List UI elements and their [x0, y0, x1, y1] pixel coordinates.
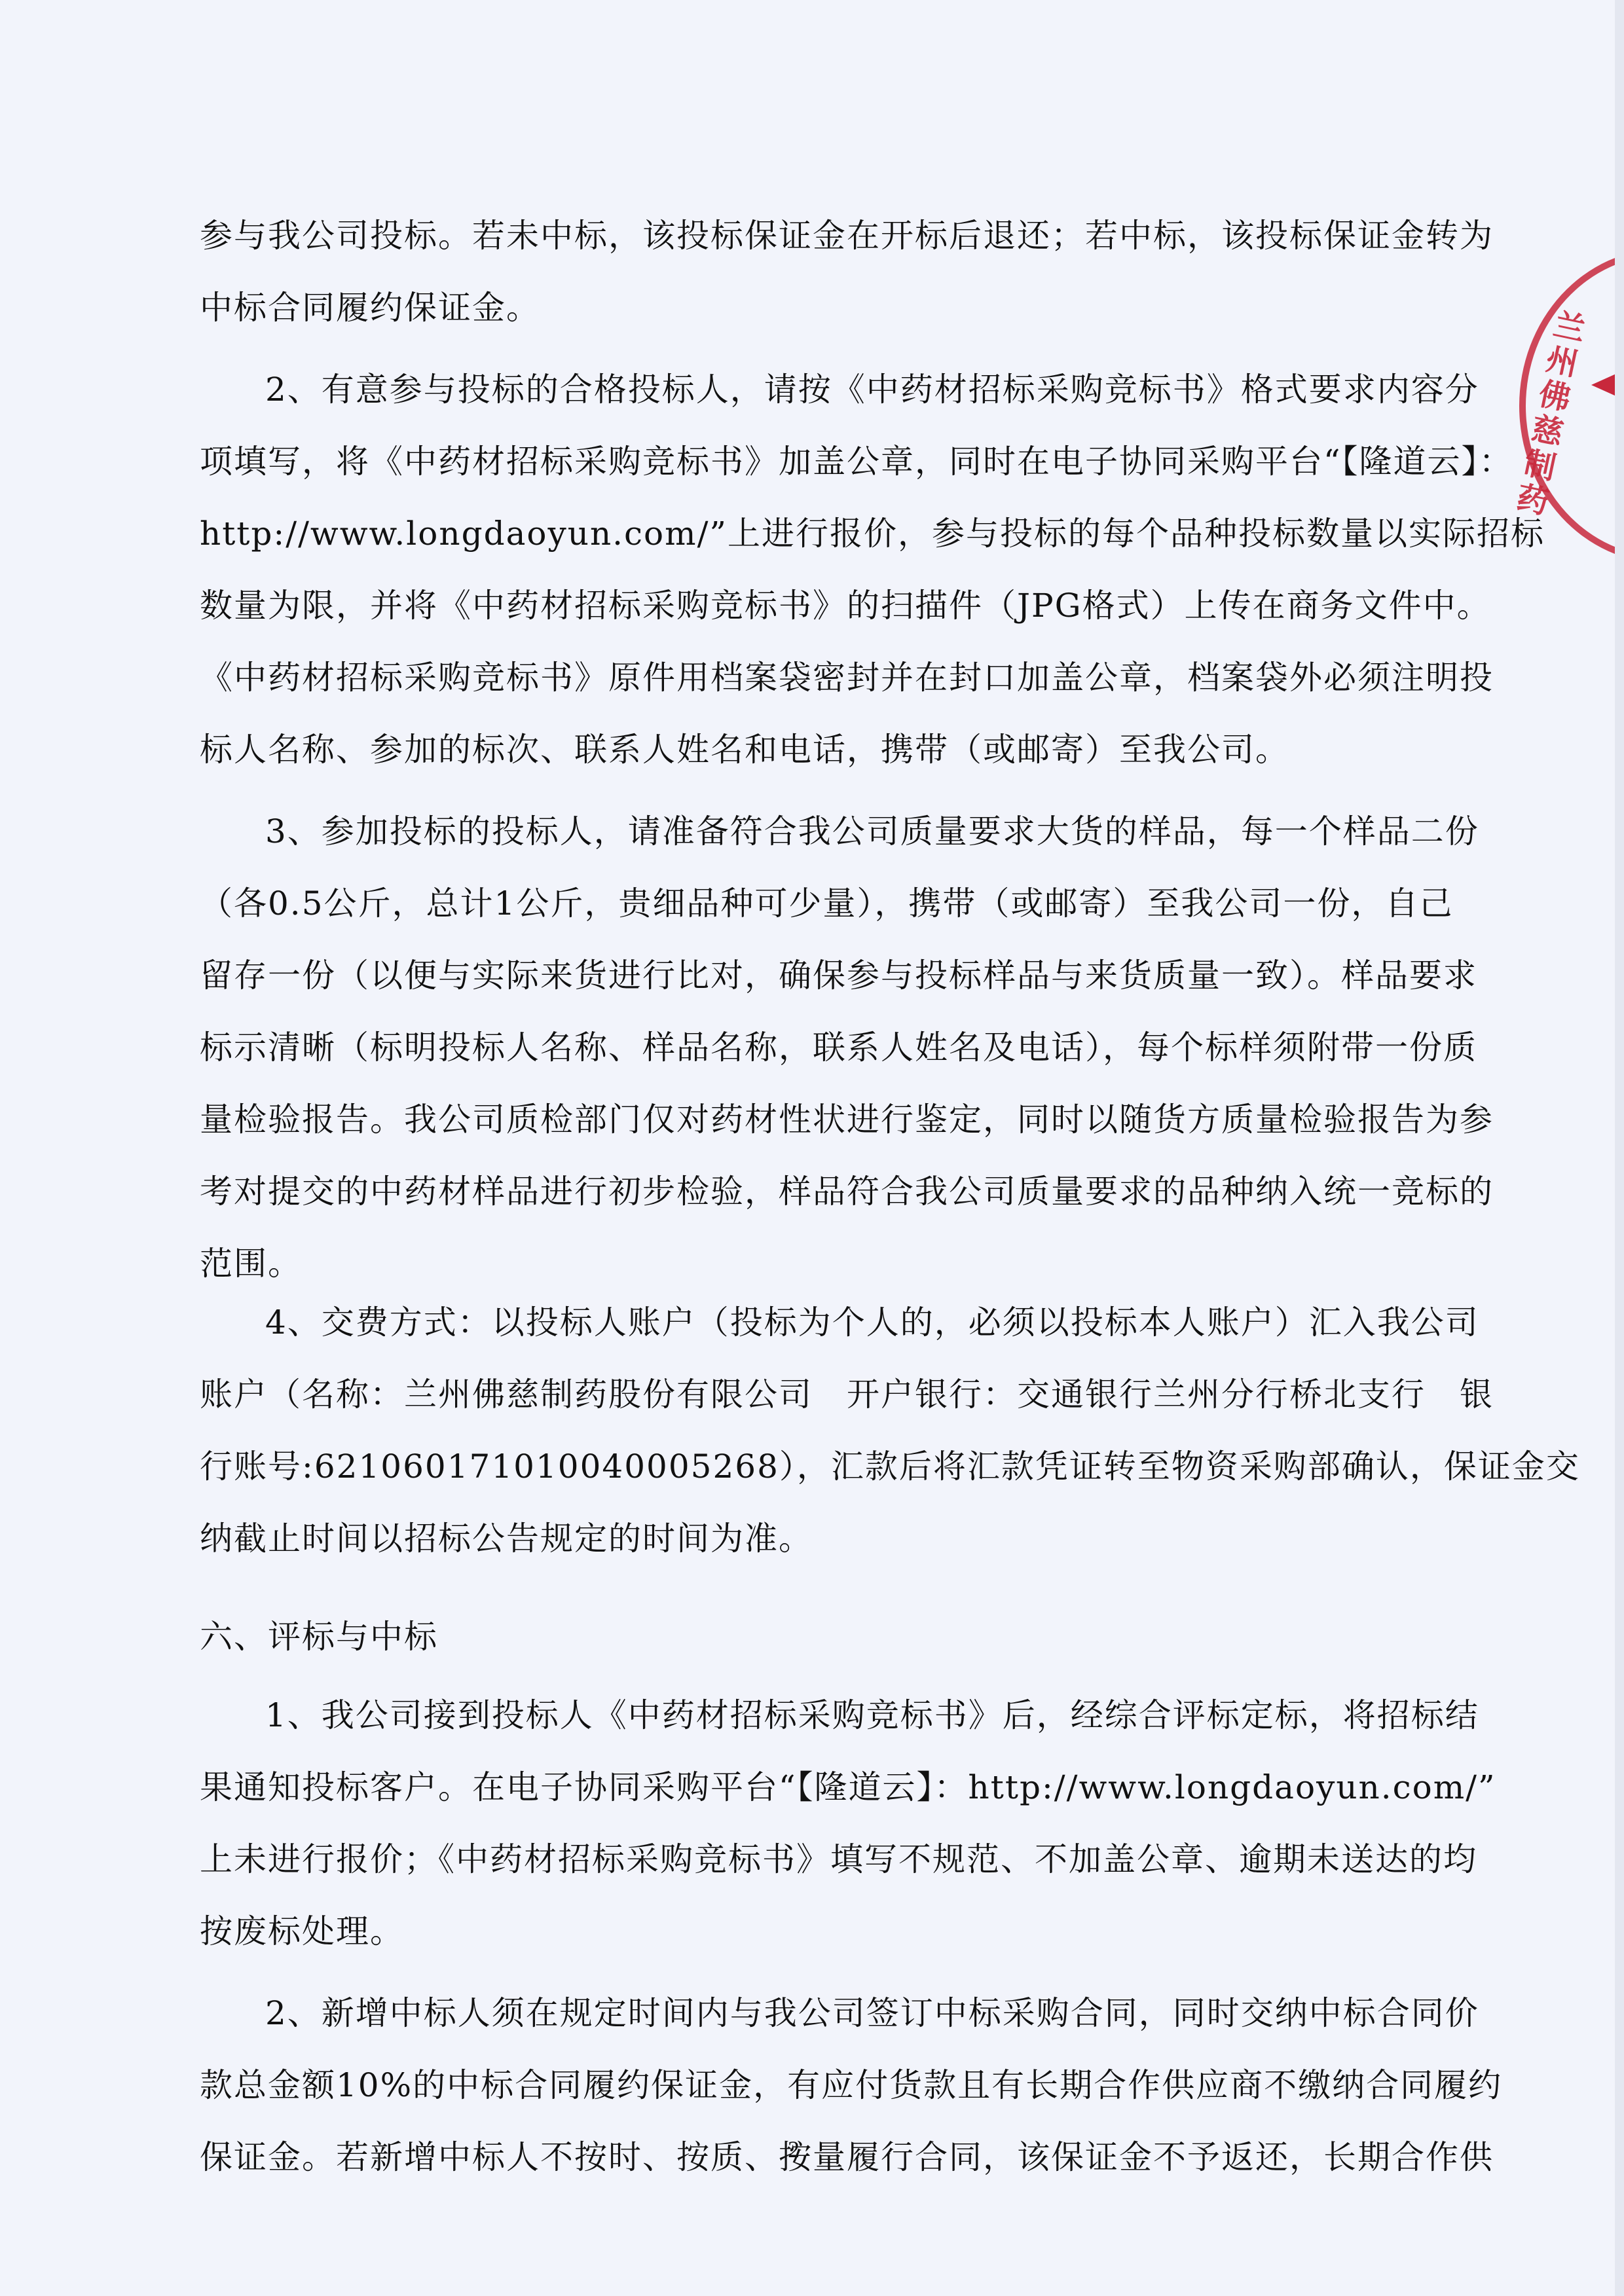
- text-line: 2、有意参与投标的合格投标人，请按《中药材招标采购竞标书》格式要求内容分: [265, 370, 1419, 409]
- text-line: 项填写，将《中药材招标采购竞标书》加盖公章，同时在电子协同采购平台“【隆道云】：: [200, 442, 1419, 481]
- text-line: 3、参加投标的投标人，请准备符合我公司质量要求大货的样品，每一个样品二份: [265, 812, 1419, 851]
- text-line: 数量为限，并将《中药材招标采购竞标书》的扫描件（JPG格式）上传在商务文件中。: [200, 586, 1419, 625]
- text-line: 行账号:6210601710100400052​68），汇款后将汇款凭证转至物资…: [200, 1447, 1419, 1486]
- seal-star-icon: [1591, 373, 1617, 397]
- text-line: 标示清晰（标明投标人名称、样品名称，联系人姓名及电话），每个标样须附带一份质: [200, 1028, 1419, 1067]
- text-line: http://www.longdaoyun.com/”上进行报价，参与投标的每个…: [200, 514, 1419, 553]
- text-line: 按废标处理。: [200, 1912, 404, 1951]
- section-heading: 六、评标与中标: [200, 1617, 438, 1656]
- text-line: 果通知投标客户。在电子协同采购平台“【隆道云】：http://www.longd…: [200, 1768, 1419, 1807]
- text-line: 考对提交的中药材样品进行初步检验，样品符合我公司质量要求的品种纳入统一竞标的: [200, 1172, 1419, 1211]
- text-line: 纳截止时间以招标公告规定的时间为准。: [200, 1519, 813, 1558]
- text-line: 2、新增中标人须在规定时间内与我公司签订中标采购合同，同时交纳中标合同价: [265, 1994, 1419, 2033]
- text-line: 款总金额10%的中标合同履约保证金，有应付货款且有长期合作供应商不缴纳合同履约: [200, 2066, 1419, 2105]
- text-line: 账户（名称：兰州佛慈制药股份有限公司 开户银行：交通银行兰州分行桥北支行 银: [200, 1375, 1419, 1414]
- text-line: （各0.5公斤，总计1公斤，贵细品种可少量），携带（或邮寄）至我公司一份，自己: [200, 884, 1419, 923]
- text-line: 上未进行报价；《中药材招标采购竞标书》填写不规范、不加盖公章、逾期未送达的均: [200, 1840, 1419, 1879]
- text-line: 1、我公司接到投标人《中药材招标采购竞标书》后，经综合评标定标，将招标结: [265, 1696, 1419, 1735]
- text-line: 《中药材招标采购竞标书》原件用档案袋密封并在封口加盖公章，档案袋外必须注明投: [200, 658, 1419, 697]
- text-line: 保证金。若新增中标人不按时、按质、按量履行合同，该保证金不予返还，长期合作供: [200, 2138, 1419, 2177]
- text-line: 标人名称、参加的标次、联系人姓名和电话，携带（或邮寄）至我公司。: [200, 730, 1289, 769]
- text-line: 范围。: [200, 1244, 302, 1283]
- text-line: 4、交费方式：以投标人账户（投标为个人的，必须以投标本人账户）汇入我公司: [265, 1303, 1419, 1342]
- text-line: 中标合同履约保证金。: [200, 288, 540, 327]
- page-edge: [1615, 0, 1624, 2296]
- page-number: 2: [788, 2136, 800, 2163]
- text-line: 留存一份（以便与实际来货进行比对，确保参与投标样品与来货质量一致）。样品要求: [200, 956, 1419, 995]
- text-line: 参与我公司投标。若未中标，该投标保证金在开标后退还；若中标，该投标保证金转为: [200, 216, 1419, 255]
- text-line: 量检验报告。我公司质检部门仅对药材性状进行鉴定，同时以随货方质量检验报告为参: [200, 1100, 1419, 1139]
